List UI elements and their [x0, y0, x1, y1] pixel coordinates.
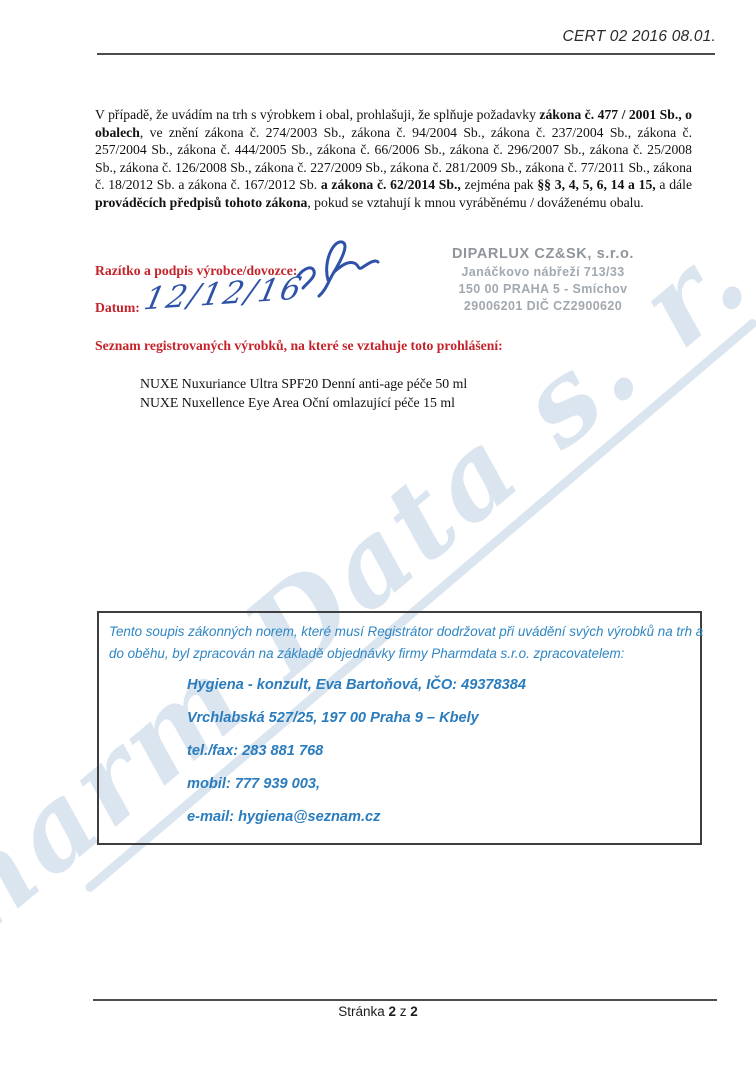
- contact-address-line: Vrchlabská 527/25, 197 00 Praha 9 – Kbel…: [187, 711, 700, 726]
- info-box-contacts: Hygiena - konzult, Eva Bartoňová, IČO: 4…: [187, 678, 700, 825]
- contact-email-line: e-mail: hygiena@seznam.cz: [187, 810, 700, 825]
- info-box-intro: Tento soupis zákonných norem, které musí…: [109, 621, 694, 665]
- company-stamp: DIPARLUX CZ&SK, s.r.o. Janáčkovo nábřeží…: [412, 246, 674, 313]
- declaration-paragraph: V případě, že uvádím na trh s výrobkem i…: [95, 106, 692, 212]
- info-box-intro-line: do oběhu, byl zpracován na základě objed…: [109, 643, 694, 665]
- contact-telfax-line: tel./fax: 283 881 768: [187, 744, 700, 759]
- contact-mobile-line: mobil: 777 939 003,: [187, 777, 700, 792]
- contact-name-line: Hygiena - konzult, Eva Bartoňová, IČO: 4…: [187, 678, 700, 693]
- stamp-ids-line: 29006201 DIČ CZ2900620: [412, 299, 674, 313]
- product-item: NUXE Nuxuriance Ultra SPF20 Denní anti-a…: [140, 374, 467, 393]
- info-box-intro-line: Tento soupis zákonných norem, které musí…: [109, 621, 694, 643]
- products-heading: Seznam registrovaných výrobků, na které …: [95, 338, 503, 354]
- stamp-city-line: 150 00 PRAHA 5 - Smíchov: [412, 282, 674, 296]
- date-label: Datum:: [95, 300, 140, 316]
- page-number: Stránka 2 z 2: [0, 1004, 756, 1019]
- stamp-street-line: Janáčkovo nábřeží 713/33: [412, 265, 674, 279]
- doc-code: CERT 02 2016 08.01.: [563, 28, 716, 46]
- header-rule: [97, 53, 715, 55]
- footer-rule: [93, 999, 717, 1001]
- product-list: NUXE Nuxuriance Ultra SPF20 Denní anti-a…: [140, 374, 467, 412]
- processor-info-box: Tento soupis zákonných norem, které musí…: [97, 611, 702, 845]
- signature: [290, 230, 380, 302]
- stamp-company-name: DIPARLUX CZ&SK, s.r.o.: [412, 246, 674, 262]
- document-page: Pharm Data s. r. o. CERT 02 2016 08.01. …: [0, 0, 756, 1070]
- product-item: NUXE Nuxellence Eye Area Oční omlazující…: [140, 393, 467, 412]
